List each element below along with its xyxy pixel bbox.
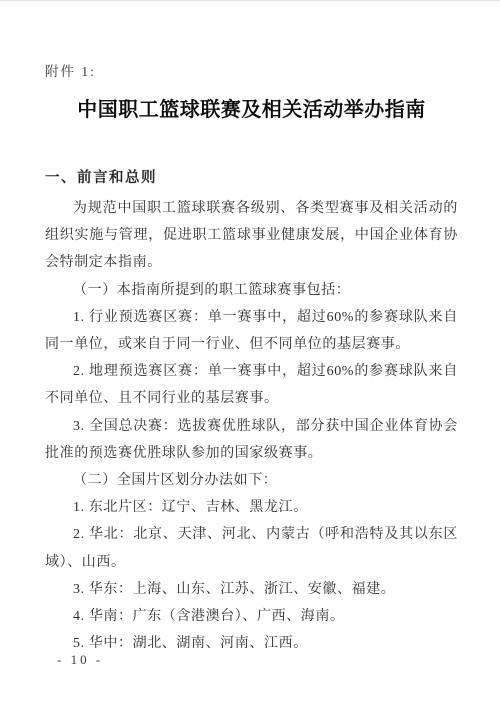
paragraph-region-5: 5. 华中：湖北、湖南、河南、江西。 (45, 630, 458, 657)
paragraph-event-type-2: 2. 地理预选赛区赛：单一赛事中，超过60%的参赛球队来自不同单位、且不同行业的… (45, 358, 458, 412)
paragraph-intro: 为规范中国职工篮球联赛各级别、各类型赛事及相关活动的组织实施与管理，促进职工篮球… (45, 195, 458, 277)
body-text: 为规范中国职工篮球联赛各级别、各类型赛事及相关活动的组织实施与管理，促进职工篮球… (45, 195, 458, 657)
document-page: 附件 1: 中国职工篮球联赛及相关活动举办指南 一、前言和总则 为规范中国职工篮… (0, 0, 500, 706)
paragraph-region-1: 1. 东北片区：辽宁、吉林、黑龙江。 (45, 494, 458, 521)
section-heading: 一、前言和总则 (45, 166, 458, 187)
attachment-label: 附件 1: (45, 60, 458, 80)
document-content: 附件 1: 中国职工篮球联赛及相关活动举办指南 一、前言和总则 为规范中国职工篮… (45, 1, 458, 657)
page-number: - 10 - (57, 652, 103, 668)
paragraph-item-2-header: （二）全国片区划分办法如下： (45, 467, 458, 494)
paragraph-event-type-3: 3. 全国总决赛：选拔赛优胜球队，部分获中国企业体育协会批准的预选赛优胜球队参加… (45, 413, 458, 467)
paragraph-region-2: 2. 华北：北京、天津、河北、内蒙古（呼和浩特及其以东区域）、山西。 (45, 521, 458, 575)
paragraph-event-type-1: 1. 行业预选赛区赛：单一赛事中，超过60%的参赛球队来自同一单位，或来自于同一… (45, 304, 458, 358)
paragraph-region-3: 3. 华东：上海、山东、江苏、浙江、安徽、福建。 (45, 576, 458, 603)
document-title: 中国职工篮球联赛及相关活动举办指南 (45, 93, 458, 122)
paragraph-item-1-header: （一）本指南所提到的职工篮球赛事包括： (45, 277, 458, 304)
paragraph-region-4: 4. 华南：广东（含港澳台）、广西、海南。 (45, 603, 458, 630)
